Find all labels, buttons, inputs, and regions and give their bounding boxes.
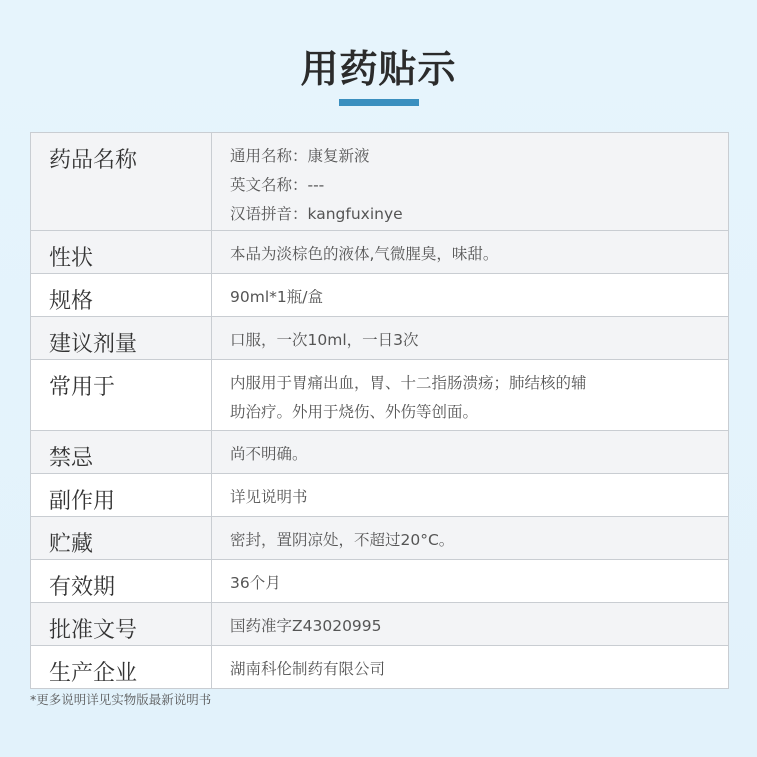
value-line: 尚不明确。 — [230, 440, 728, 469]
row-label: 常用于 — [31, 360, 212, 430]
value-line: 90ml*1瓶/盒 — [230, 283, 728, 312]
row-value: 口服，一次10ml，一日3次 — [212, 317, 728, 359]
row-label: 禁忌 — [31, 431, 212, 473]
row-value: 详见说明书 — [212, 474, 728, 516]
table-row: 禁忌尚不明确。 — [31, 430, 728, 473]
row-value: 本品为淡棕色的液体,气微腥臭，味甜。 — [212, 231, 728, 273]
drug-info-table: 药品名称通用名称：康复新液英文名称：---汉语拼音：kangfuxinye性状本… — [30, 132, 729, 689]
value-line: 助治疗。外用于烧伤、外伤等创面。 — [230, 398, 728, 427]
page-title: 用药贴示 — [0, 38, 757, 93]
table-row: 生产企业湖南科伦制药有限公司 — [31, 645, 728, 688]
row-label: 有效期 — [31, 560, 212, 602]
table-row: 批准文号国药准字Z43020995 — [31, 602, 728, 645]
value-line: 本品为淡棕色的液体,气微腥臭，味甜。 — [230, 240, 728, 269]
value-line: 密封，置阴凉处，不超过20°C。 — [230, 526, 728, 555]
value-line: 口服，一次10ml，一日3次 — [230, 326, 728, 355]
footnote: *更多说明详见实物版最新说明书 — [30, 690, 211, 708]
row-label: 性状 — [31, 231, 212, 273]
row-label: 药品名称 — [31, 133, 212, 230]
row-label: 建议剂量 — [31, 317, 212, 359]
row-label: 批准文号 — [31, 603, 212, 645]
table-row: 药品名称通用名称：康复新液英文名称：---汉语拼音：kangfuxinye — [31, 133, 728, 230]
row-value: 90ml*1瓶/盒 — [212, 274, 728, 316]
value-line: 内服用于胃痛出血，胃、十二指肠溃疡；肺结核的辅 — [230, 369, 728, 398]
row-value: 国药准字Z43020995 — [212, 603, 728, 645]
table-row: 常用于内服用于胃痛出血，胃、十二指肠溃疡；肺结核的辅助治疗。外用于烧伤、外伤等创… — [31, 359, 728, 430]
value-line: 国药准字Z43020995 — [230, 612, 728, 641]
table-row: 贮藏密封，置阴凉处，不超过20°C。 — [31, 516, 728, 559]
row-label: 生产企业 — [31, 646, 212, 688]
table-row: 建议剂量口服，一次10ml，一日3次 — [31, 316, 728, 359]
table-row: 有效期36个月 — [31, 559, 728, 602]
value-line: 36个月 — [230, 569, 728, 598]
row-value: 尚不明确。 — [212, 431, 728, 473]
value-line: 通用名称：康复新液 — [230, 142, 728, 171]
table-row: 副作用详见说明书 — [31, 473, 728, 516]
row-value: 湖南科伦制药有限公司 — [212, 646, 728, 688]
row-value: 通用名称：康复新液英文名称：---汉语拼音：kangfuxinye — [212, 133, 728, 230]
value-line: 详见说明书 — [230, 483, 728, 512]
row-value: 36个月 — [212, 560, 728, 602]
row-label: 贮藏 — [31, 517, 212, 559]
table-row: 性状本品为淡棕色的液体,气微腥臭，味甜。 — [31, 230, 728, 273]
row-value: 内服用于胃痛出血，胃、十二指肠溃疡；肺结核的辅助治疗。外用于烧伤、外伤等创面。 — [212, 360, 728, 430]
row-label: 副作用 — [31, 474, 212, 516]
table-row: 规格90ml*1瓶/盒 — [31, 273, 728, 316]
value-line: 湖南科伦制药有限公司 — [230, 655, 728, 684]
row-label: 规格 — [31, 274, 212, 316]
title-underline — [339, 99, 419, 106]
value-line: 英文名称：--- — [230, 171, 728, 200]
value-line: 汉语拼音：kangfuxinye — [230, 200, 728, 229]
row-value: 密封，置阴凉处，不超过20°C。 — [212, 517, 728, 559]
